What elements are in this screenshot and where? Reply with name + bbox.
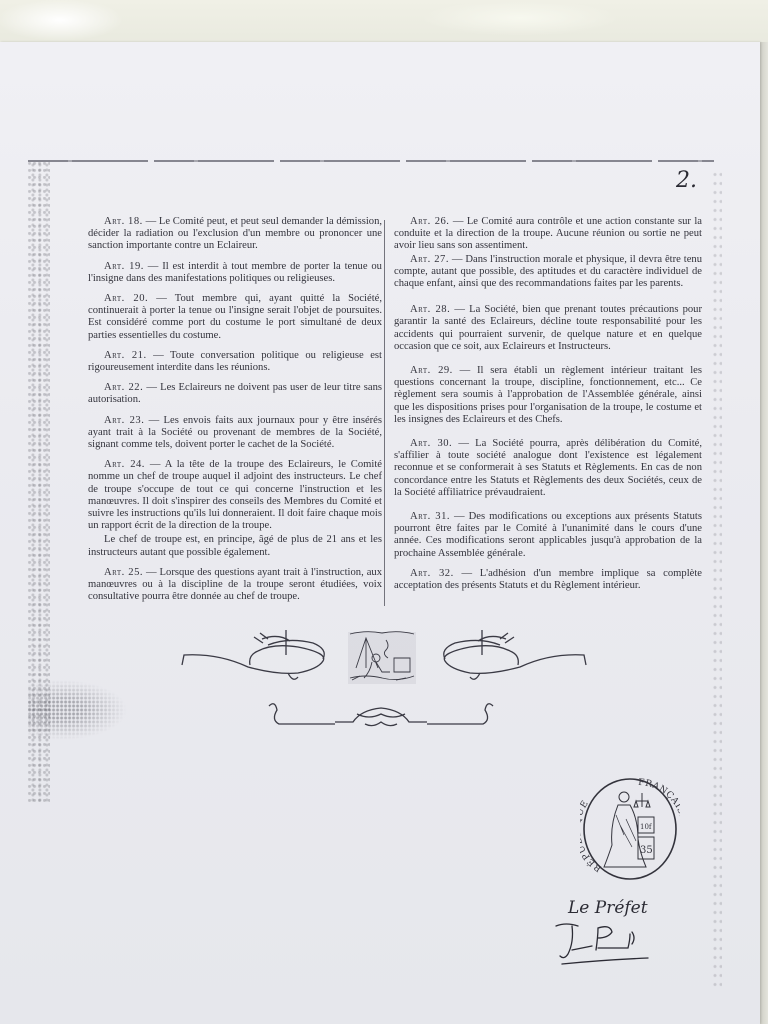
article-21: Art. 21. — Toute conversation politique …	[88, 350, 382, 374]
page-number: 2.	[676, 168, 697, 193]
column-divider	[384, 220, 385, 606]
article-24-paragraph-2: Le chef de troupe est, en principe, âgé …	[88, 534, 382, 558]
svg-text:RÉPUBLIQUE: RÉPUBLIQUE	[580, 798, 604, 873]
top-border-rule	[28, 160, 714, 162]
signature-label: Le Préfet	[568, 898, 648, 918]
svg-text:10f: 10f	[640, 823, 653, 831]
handwritten-signature-icon	[552, 920, 652, 970]
article-29: Art. 29. — Il sera établi un règlement i…	[394, 365, 702, 426]
article-30: Art. 30. — La Société pourra, après déli…	[394, 438, 702, 499]
article-24: Art. 24. — A la tête de la troupe des Ec…	[88, 459, 382, 532]
article-25: Art. 25. — Lorsque des questions ayant t…	[88, 567, 382, 604]
article-27: Art. 27. — Dans l'instruction morale et …	[394, 254, 702, 291]
article-23: Art. 23. — Les envois faits aux journaux…	[88, 415, 382, 452]
article-32: Art. 32. — L'adhésion d'un membre impliq…	[394, 568, 702, 592]
article-22: Art. 22. — Les Eclaireurs ne doivent pas…	[88, 382, 382, 406]
svg-text:FRANÇAISE: FRANÇAISE	[638, 778, 680, 823]
background-edge	[760, 42, 768, 1024]
scroll-ornament-icon	[265, 700, 497, 730]
article-28: Art. 28. — La Société, bien que prenant …	[394, 304, 702, 353]
republique-francaise-seal-icon: RÉPUBLIQUE FRANÇAISE 10f 35	[580, 775, 680, 885]
article-20: Art. 20. — Tout membre qui, ayant quitté…	[88, 293, 382, 342]
right-margin-noise	[712, 170, 722, 990]
right-column: Art. 26. — Le Comité aura contrôle et un…	[394, 216, 702, 600]
article-31: Art. 31. — Des modifications ou exceptio…	[394, 511, 702, 560]
article-26: Art. 26. — Le Comité aura contrôle et un…	[394, 216, 702, 253]
article-19: Art. 19. — Il est interdit à tout membre…	[88, 261, 382, 285]
photocopy-smudge	[28, 680, 138, 740]
camp-scene-illustration-icon	[346, 628, 418, 688]
svg-text:35: 35	[640, 845, 653, 856]
article-18: Art. 18. — Le Comité peut, et peut seul …	[88, 216, 382, 253]
left-column: Art. 18. — Le Comité peut, et peut seul …	[88, 216, 382, 611]
